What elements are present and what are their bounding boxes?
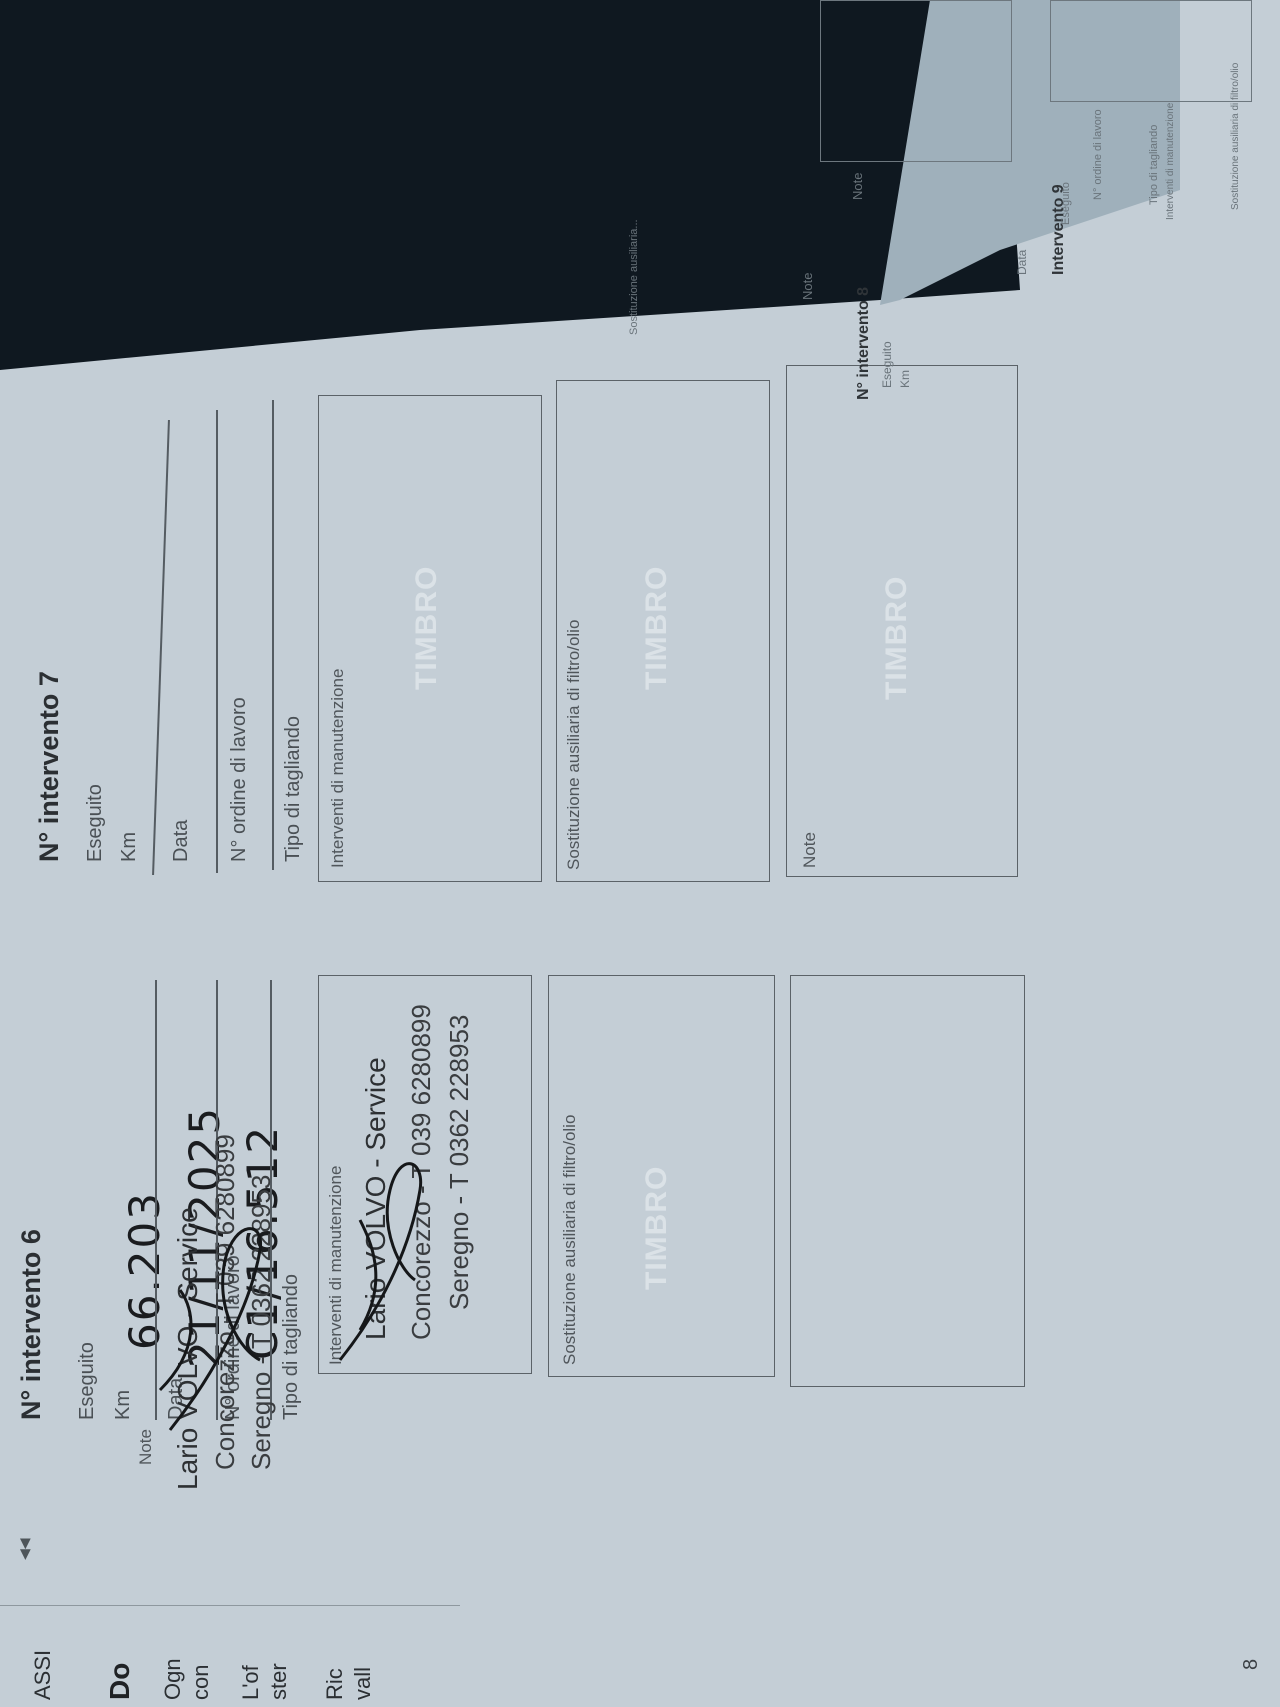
maintenance-label: Interventi di manutenzione [1165, 103, 1176, 220]
divider [152, 420, 170, 875]
data-label: Data [1015, 250, 1029, 275]
edge-fragment: ster [266, 1663, 292, 1700]
form-box [820, 0, 1012, 162]
notes-box [790, 975, 1025, 1387]
notes-label: Note [800, 832, 820, 868]
filter-oil-label: Sostituzione ausiliaria di filtro/olio [564, 620, 584, 870]
work-order-label: N° ordine di lavoro [228, 697, 251, 862]
work-order-label: N° ordine di lavoro [1092, 109, 1104, 200]
filter-oil-label: Sostituzione ausiliaria... [628, 219, 640, 335]
km-label: Km [118, 832, 141, 862]
edge-fragment: con [188, 1665, 214, 1700]
stamp-placeholder: TIMBRO [410, 566, 444, 690]
edge-fragment: L'of [238, 1665, 264, 1700]
eseguito-label: Eseguito [84, 784, 107, 862]
form-box [1050, 0, 1252, 102]
eseguito-label: Eseguito [880, 341, 894, 388]
notes-label: Note [850, 173, 865, 200]
edge-fragment: Ric [322, 1668, 348, 1700]
intervention-6-title: N° intervento 6 [16, 1229, 47, 1420]
stamp-placeholder: TIMBRO [640, 566, 674, 690]
divider [216, 410, 218, 873]
edge-fragment: Do [104, 1663, 136, 1700]
dealer-stamp-line3: Seregno - T 0362 228953 [444, 1015, 475, 1310]
notes-label: Note [800, 273, 815, 300]
km-label: Km [112, 1390, 135, 1420]
maintenance-label: Interventi di manutenzione [328, 669, 348, 868]
service-type-label: Tipo di tagliando [1148, 125, 1160, 205]
intervention-8-title: N° intervento 8 [855, 287, 873, 400]
data-label: Data [170, 820, 193, 862]
fold-line [0, 1605, 460, 1606]
booklet-spread: ASSI Do Ogn con L'of ster Ric vall ◀◀ 8 … [0, 0, 1280, 1707]
service-type-label: Tipo di tagliando [280, 1274, 303, 1420]
edge-fragment: vall [350, 1667, 376, 1700]
filter-oil-label: Sostituzione ausiliaria di filtro/olio [560, 1115, 580, 1365]
km-label: Km [898, 370, 912, 388]
stamp-placeholder: TIMBRO [880, 576, 914, 700]
nav-arrow-icon: ◀◀ [16, 1538, 33, 1560]
stamp-placeholder: TIMBRO [640, 1166, 674, 1290]
intervention-7-title: N° intervento 7 [34, 671, 65, 862]
eseguito-label: Eseguito [1060, 182, 1072, 225]
page-number: 8 [1240, 1659, 1263, 1670]
signature-icon [320, 1130, 440, 1370]
eseguito-label: Eseguito [76, 1342, 99, 1420]
signature-icon [140, 1200, 280, 1440]
divider [272, 400, 274, 870]
edge-fragment: ASSI [30, 1650, 56, 1700]
service-type-label: Tipo di tagliando [282, 716, 305, 862]
edge-fragment: Ogn [160, 1658, 186, 1700]
